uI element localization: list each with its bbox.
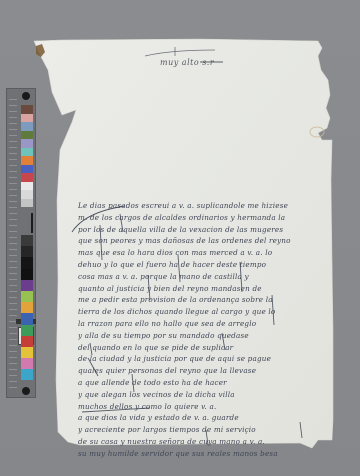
scale-ticks <box>9 99 17 389</box>
manuscript-line: de su casa y nuestra señora de cuya mano… <box>78 436 328 448</box>
color-patches-bottom <box>21 235 33 380</box>
manuscript-line: quanto al justicia y bien del reyno mand… <box>78 283 328 295</box>
color-patch <box>21 148 33 157</box>
color-patches-top <box>21 105 33 207</box>
color-patch <box>21 156 33 165</box>
color-patch <box>21 369 33 380</box>
manuscript-line: y alla de su tiempo por su mandado queda… <box>78 330 328 342</box>
manuscript-line: dehuo y lo que el fuero ha de hacer dest… <box>78 259 328 271</box>
color-patch <box>21 105 33 114</box>
manuscript-line: me a pedir esta provision de la ordenanç… <box>78 294 328 306</box>
color-patch <box>21 182 33 191</box>
color-patch <box>21 246 33 257</box>
color-patch <box>21 139 33 148</box>
manuscript-line: mas que esa lo hara dios con mas merced … <box>78 247 328 259</box>
manuscript-line: muchos dellos y como lo quiere v. a. <box>78 401 328 413</box>
manuscript-line: tierra de los dichos quando llegue al ca… <box>78 306 328 318</box>
manuscript-line: su muy humilde servidor que sus reales m… <box>78 448 328 460</box>
color-patch <box>21 336 33 347</box>
color-patch <box>21 165 33 174</box>
manuscript-line: que son peores y mas dañosas de las orde… <box>78 235 328 247</box>
manuscript-line: de la ciudad y la justicia por que de aq… <box>78 353 328 365</box>
color-patch <box>21 325 33 336</box>
color-patch <box>21 313 33 324</box>
color-patch <box>21 269 33 280</box>
registration-dot-bottom <box>22 387 30 395</box>
color-patch <box>21 347 33 358</box>
manuscript-line: a que dios la vida y estado de v. a. gua… <box>78 412 328 424</box>
manuscript-line: por los de aquella villa de la vexacion … <box>78 224 328 236</box>
registration-dot-top <box>22 92 30 100</box>
color-patch <box>21 131 33 140</box>
color-patch <box>21 280 33 291</box>
color-patch <box>21 302 33 313</box>
manuscript-line: la rrazon para ello no hallo que sea de … <box>78 318 328 330</box>
manuscript-line: del quando en lo que se pide de suplicar <box>78 342 328 354</box>
color-patch <box>21 257 33 268</box>
manuscript-line: cosa mas a v. a. porque la mano de casti… <box>78 271 328 283</box>
manuscript-line: y acreciente por largos tiempos de mi se… <box>78 424 328 436</box>
manuscript-line: y que alegan los vecinos de la dicha vil… <box>78 389 328 401</box>
color-patch <box>21 358 33 369</box>
manuscript-line: Le dias pasados escreui a v. a. suplican… <box>78 200 328 212</box>
manuscript-line: a que allende de todo esto ha de hacer <box>78 377 328 389</box>
top-annotation: muy alto s.r <box>160 58 214 67</box>
color-patch <box>21 114 33 123</box>
color-patch <box>21 122 33 131</box>
color-patch <box>21 199 33 208</box>
color-patch <box>21 173 33 182</box>
manuscript-text: Le dias pasados escreui a v. a. suplican… <box>78 200 328 460</box>
color-patch <box>21 291 33 302</box>
color-calibration-strip <box>6 88 36 398</box>
manuscript-line: m. de los cargos de alcaldes ordinarios … <box>78 212 328 224</box>
color-patch <box>21 235 33 246</box>
manuscript-line: quales quier personas del reyno que la l… <box>78 365 328 377</box>
color-patch <box>21 190 33 199</box>
